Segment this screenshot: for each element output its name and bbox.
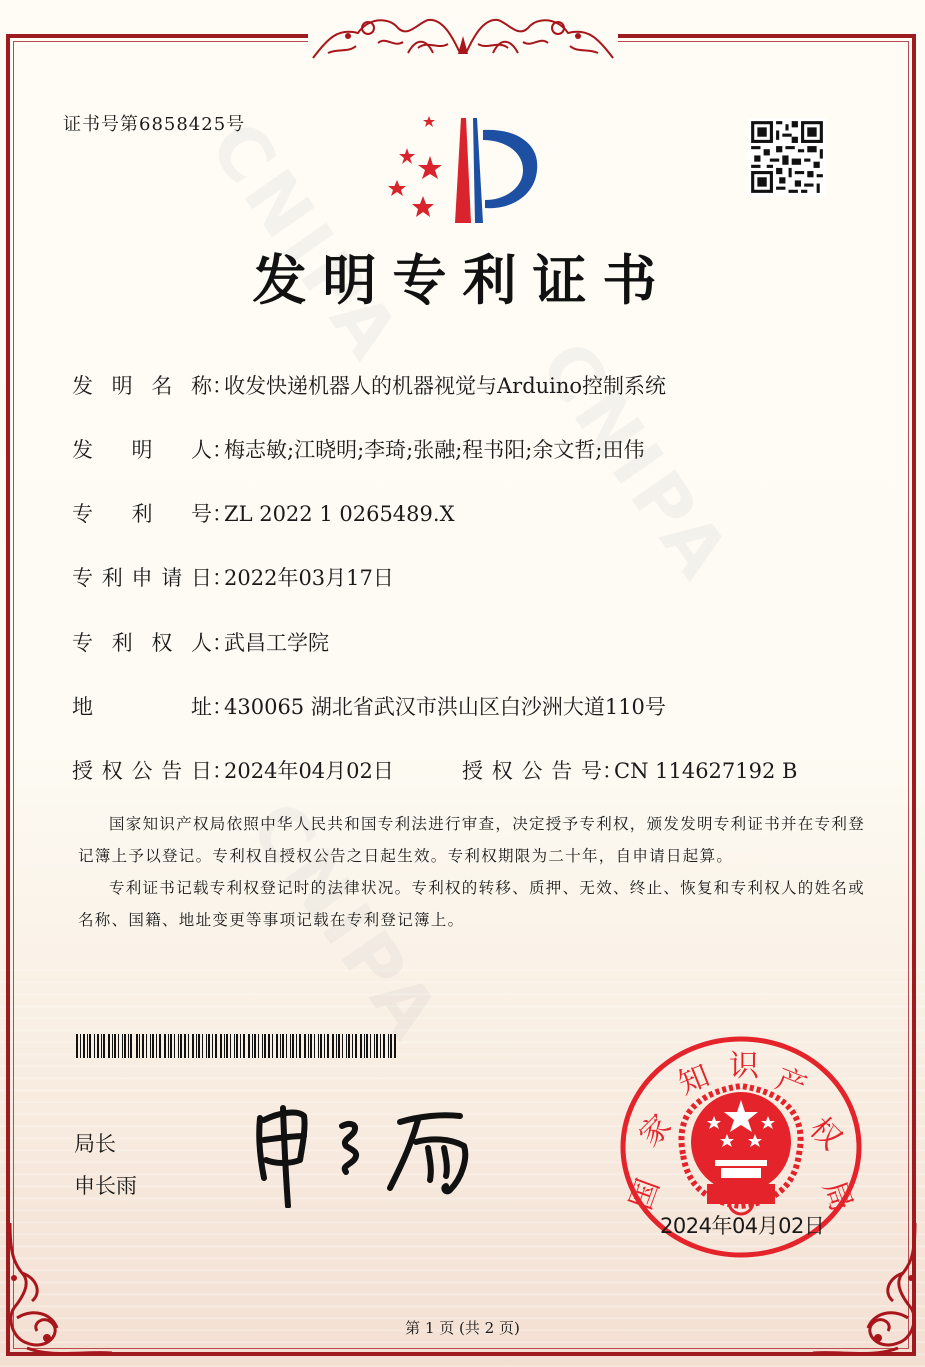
svg-text:识: 识 bbox=[729, 1049, 760, 1084]
field-label: 地址 bbox=[72, 691, 212, 721]
field-value: 2024年04月02日 bbox=[224, 759, 394, 783]
cnipa-logo-icon bbox=[385, 108, 545, 226]
field-value: 武昌工学院 bbox=[224, 631, 329, 655]
statement-paragraph-2: 专利证书记载专利权登记时的法律状况。专利权的转移、质押、无效、终止、恢复和专利权… bbox=[78, 872, 868, 936]
document-title: 发明专利证书 bbox=[0, 238, 925, 315]
director-title: 局长 bbox=[74, 1128, 116, 1158]
corner-ornament-bottom-left bbox=[2, 1223, 112, 1363]
field-value: ZL 2022 1 0265489.X bbox=[224, 502, 455, 526]
field-grant-date: 授权公告日：2024年04月02日 bbox=[72, 755, 394, 785]
director-signature bbox=[250, 1098, 490, 1208]
certificate-statement: 国家知识产权局依照中华人民共和国专利法进行审查，决定授予专利权，颁发发明专利证书… bbox=[78, 808, 868, 936]
field-application-date: 专利申请日：2022年03月17日 bbox=[72, 562, 394, 592]
field-value: 收发快递机器人的机器视觉与Arduino控制系统 bbox=[224, 374, 666, 398]
top-dragon-ornament bbox=[308, 8, 618, 62]
field-patent-number: 专利号：ZL 2022 1 0265489.X bbox=[72, 498, 455, 528]
field-invention-name: 发明名称：收发快递机器人的机器视觉与Arduino控制系统 bbox=[72, 370, 666, 400]
svg-text:家: 家 bbox=[632, 1108, 678, 1154]
qr-code-icon[interactable] bbox=[748, 118, 826, 196]
director-name: 申长雨 bbox=[74, 1170, 137, 1200]
field-value: 430065 湖北省武汉市洪山区白沙洲大道110号 bbox=[224, 695, 666, 719]
svg-text:知: 知 bbox=[674, 1058, 715, 1102]
field-label: 专利申请日 bbox=[72, 562, 212, 592]
field-value: CN 114627192 B bbox=[614, 759, 797, 783]
field-inventors: 发明人：梅志敏;江晓明;李琦;张融;程书阳;余文哲;田伟 bbox=[72, 434, 644, 464]
statement-paragraph-1: 国家知识产权局依照中华人民共和国专利法进行审查，决定授予专利权，颁发发明专利证书… bbox=[78, 808, 868, 872]
seal-date: 2024年04月02日 bbox=[660, 1210, 824, 1240]
field-label: 专利号 bbox=[72, 498, 212, 528]
field-label: 授权公告日 bbox=[72, 755, 212, 785]
field-label: 专利权人 bbox=[72, 627, 212, 657]
page-indicator: 第 1 页 (共 2 页) bbox=[0, 1317, 925, 1338]
field-label: 发明人 bbox=[72, 434, 212, 464]
field-address: 地址：430065 湖北省武汉市洪山区白沙洲大道110号 bbox=[72, 691, 666, 721]
barcode-icon bbox=[76, 1034, 396, 1058]
field-label: 授权公告号 bbox=[462, 755, 602, 785]
certificate-number: 证书号第6858425号 bbox=[63, 110, 245, 136]
field-patentee: 专利权人：武昌工学院 bbox=[72, 627, 329, 657]
field-value: 梅志敏;江晓明;李琦;张融;程书阳;余文哲;田伟 bbox=[224, 438, 644, 462]
field-value: 2022年03月17日 bbox=[224, 566, 394, 590]
field-grant-number: 授权公告号：CN 114627192 B bbox=[462, 755, 797, 785]
svg-text:权: 权 bbox=[802, 1111, 848, 1157]
field-label: 发明名称 bbox=[72, 370, 212, 400]
